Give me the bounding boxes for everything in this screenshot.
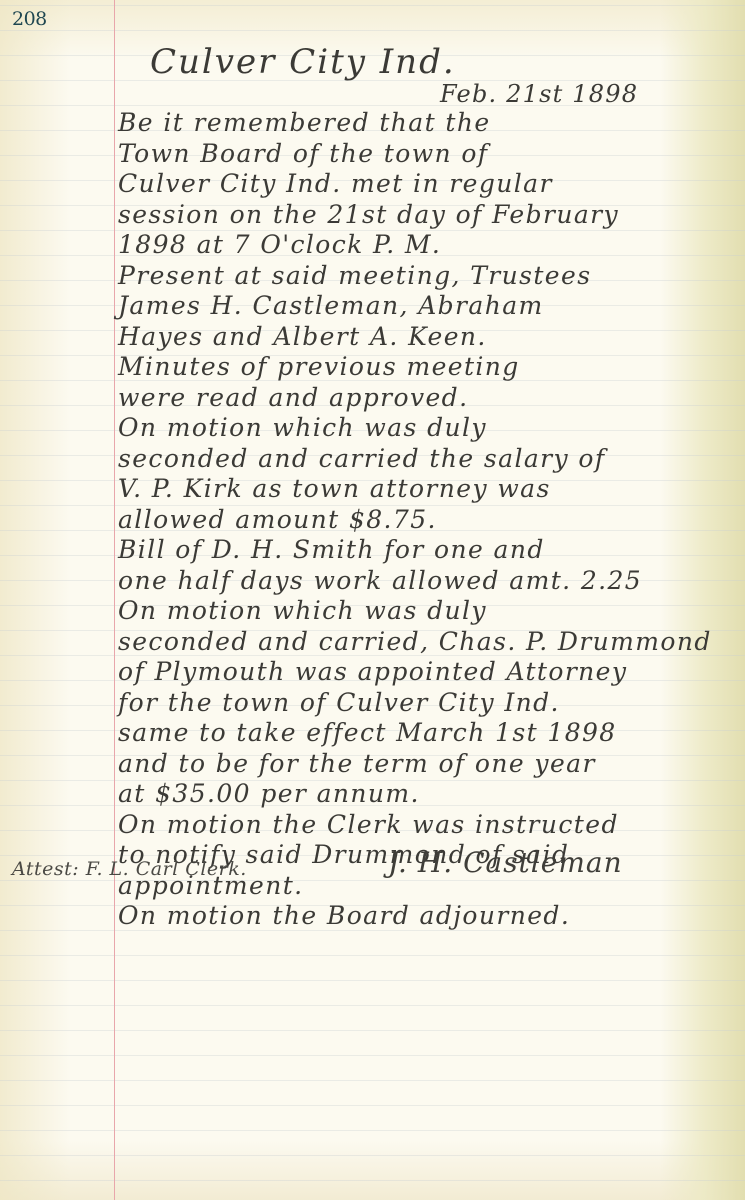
- minutes-line: Culver City Ind. met in regular: [118, 169, 718, 200]
- minutes-body: Be it remembered that the Town Board of …: [118, 108, 718, 932]
- minutes-line: Hayes and Albert A. Keen.: [118, 322, 718, 353]
- minutes-line: were read and approved.: [118, 383, 718, 414]
- minutes-line: session on the 21st day of February: [118, 200, 718, 231]
- minutes-line: Present at said meeting, Trustees: [118, 261, 718, 292]
- minutes-line: On motion which was duly: [118, 413, 718, 444]
- minutes-line: one half days work allowed amt. 2.25: [118, 566, 718, 597]
- minutes-line: Be it remembered that the: [118, 108, 718, 139]
- signature: J. H. Castleman: [388, 846, 623, 879]
- minutes-line: V. P. Kirk as town attorney was: [118, 474, 718, 505]
- meeting-date: Feb. 21st 1898: [440, 80, 638, 108]
- minutes-line: seconded and carried the salary of: [118, 444, 718, 475]
- heading-town: Culver City Ind.: [150, 42, 456, 82]
- minutes-line: same to take effect March 1st 1898: [118, 718, 718, 749]
- minutes-line: Town Board of the town of: [118, 139, 718, 170]
- minutes-line: for the town of Culver City Ind.: [118, 688, 718, 719]
- minutes-line: at $35.00 per annum.: [118, 779, 718, 810]
- page-number: 208: [12, 8, 47, 30]
- minutes-line: of Plymouth was appointed Attorney: [118, 657, 718, 688]
- minutes-line: Minutes of previous meeting: [118, 352, 718, 383]
- minutes-line: and to be for the term of one year: [118, 749, 718, 780]
- attest-clerk: Attest: F. L. Carl Clerk.: [12, 858, 247, 880]
- minutes-line: On motion the Clerk was instructed: [118, 810, 718, 841]
- minutes-line: On motion which was duly: [118, 596, 718, 627]
- ledger-page: 208 Culver City Ind. Feb. 21st 1898 Be i…: [0, 0, 745, 1200]
- minutes-line: Bill of D. H. Smith for one and: [118, 535, 718, 566]
- minutes-line: seconded and carried, Chas. P. Drummond: [118, 627, 718, 658]
- margin-line: [114, 0, 115, 1200]
- minutes-line: James H. Castleman, Abraham: [118, 291, 718, 322]
- minutes-line: On motion the Board adjourned.: [118, 901, 718, 932]
- minutes-line: 1898 at 7 O'clock P. M.: [118, 230, 718, 261]
- minutes-line: allowed amount $8.75.: [118, 505, 718, 536]
